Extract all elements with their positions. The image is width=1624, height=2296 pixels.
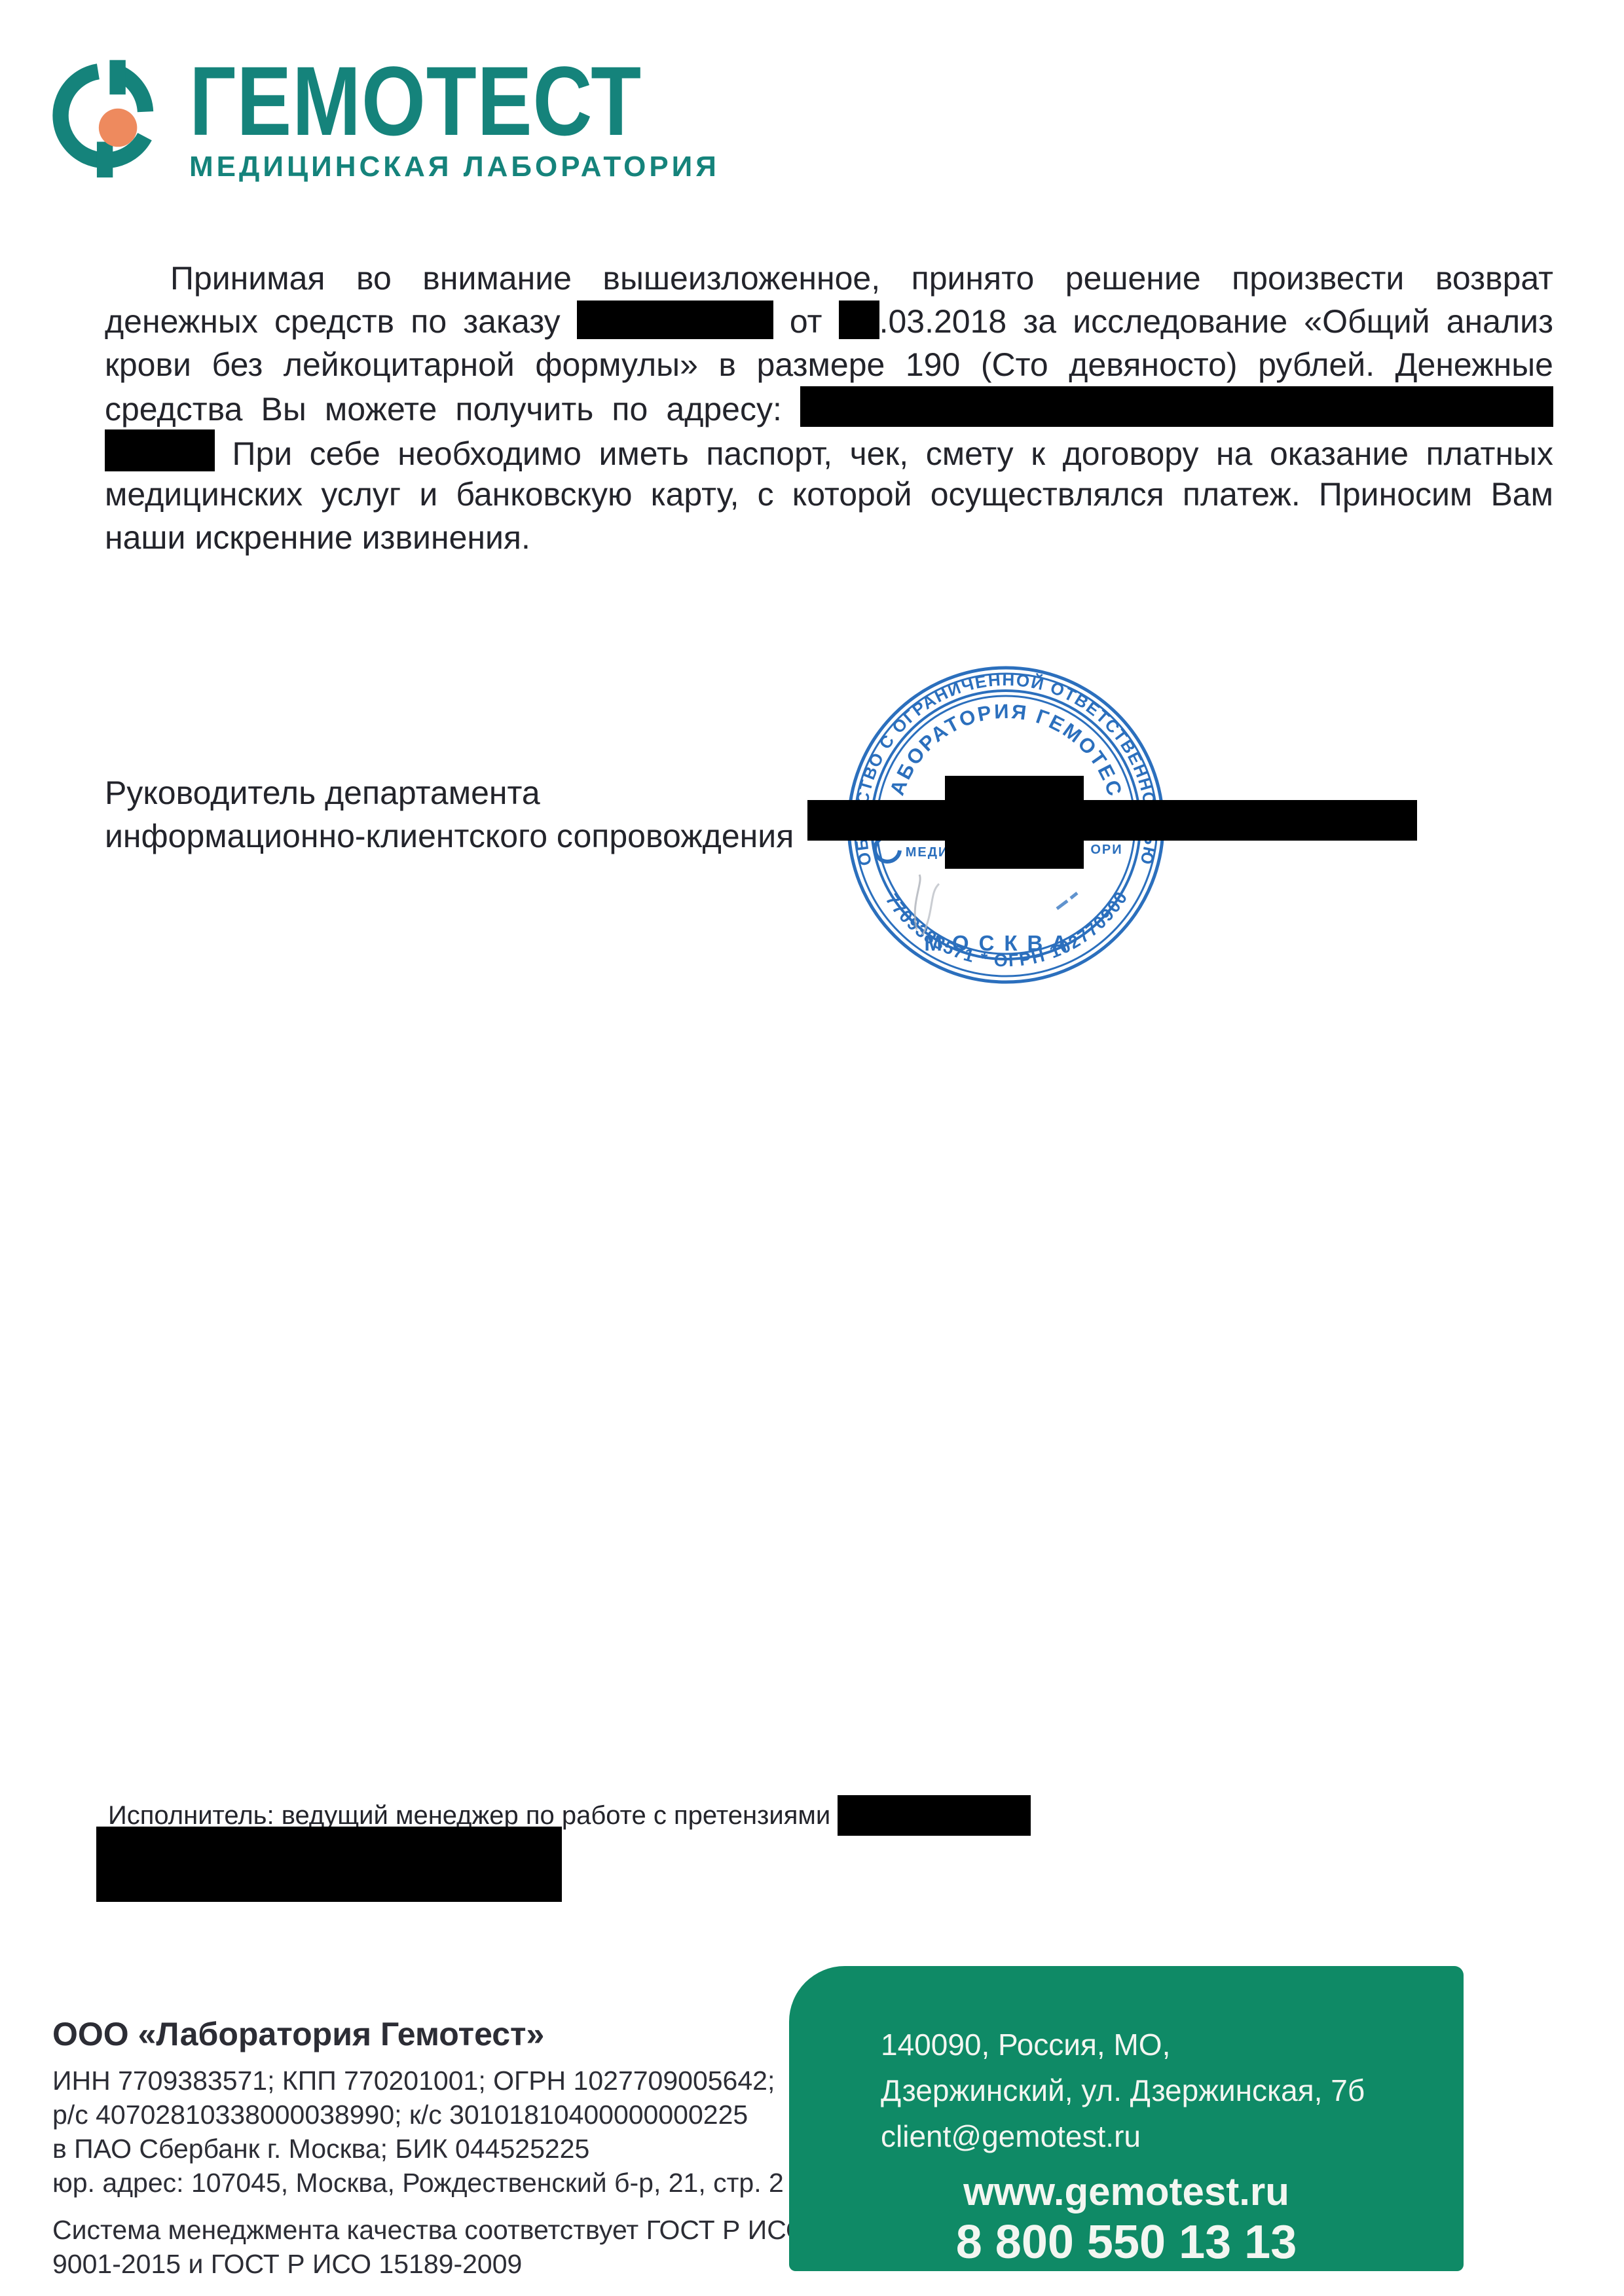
handwritten-signature-trace (915, 875, 1077, 935)
signature-block: Руководитель департамента информационно-… (105, 771, 794, 858)
body-paragraph: Принимая во внимание вышеизложенное, при… (105, 257, 1553, 559)
footer-quality-system: Система менеджмента качества соответству… (52, 2213, 807, 2281)
footer-quality-line: 9001-2015 и ГОСТ Р ИСО 15189-2009 (52, 2247, 807, 2281)
redaction-box (807, 800, 1417, 841)
paragraph-line: медицинских услуг и банковскую карту, с … (105, 473, 1553, 516)
footer-detail-line: р/с 40702810338000038990; к/с 3010181040… (52, 2098, 807, 2132)
inline-redaction (839, 301, 879, 339)
footer-company-title: ООО «Лаборатория Гемотест» (52, 2015, 807, 2053)
stamp-city-text: МОСКВА (924, 931, 1077, 955)
gemotest-logo: ГЕМОТЕСТ МЕДИЦИНСКАЯ ЛАБОРАТОРИЯ (41, 52, 728, 183)
logo-text: ГЕМОТЕСТ МЕДИЦИНСКАЯ ЛАБОРАТОРИЯ (189, 52, 728, 183)
logo-wordmark: ГЕМОТЕСТ (189, 62, 642, 140)
contact-address-line: 140090, Россия, МО, (881, 2022, 1437, 2068)
redaction-box (945, 776, 1084, 869)
paragraph-line: средства Вы можете получить по адресу: (105, 386, 1553, 429)
footer-quality-line: Система менеджмента качества соответству… (52, 2213, 807, 2247)
contact-address-line: Дзержинский, ул. Дзержинская, 7б (881, 2068, 1437, 2113)
paragraph-line: При себе необходимо иметь паспорт, чек, … (105, 429, 1553, 473)
signature-title-line2: информационно-клиентского сопровождения (105, 814, 794, 858)
paragraph-line: крови без лейкоцитарной формулы» в разме… (105, 343, 1553, 386)
paragraph-line: денежных средств по заказу от .03.2018 з… (105, 300, 1553, 343)
footer-detail-line: в ПАО Сбербанк г. Москва; БИК 044525225 (52, 2132, 807, 2166)
signature-title-line1: Руководитель департамента (105, 771, 794, 814)
inline-redaction (577, 301, 773, 339)
phone-number: 8 800 550 13 13 (789, 2217, 1464, 2268)
contact-address-block: 140090, Россия, МО,Дзержинский, ул. Дзер… (789, 1966, 1464, 2159)
document-page: ГЕМОТЕСТ МЕДИЦИНСКАЯ ЛАБОРАТОРИЯ Принима… (0, 0, 1624, 2296)
footer-detail-line: юр. адрес: 107045, Москва, Рождественски… (52, 2166, 807, 2200)
footer-company-info: ООО «Лаборатория Гемотест» ИНН 770938357… (52, 2015, 807, 2281)
gemotest-logo-icon (41, 52, 175, 180)
logo-orange-dot-icon (99, 109, 138, 147)
stamp-center-left-fragment: МЕДИ (906, 845, 950, 860)
contact-address-line: client@gemotest.ru (881, 2113, 1437, 2159)
website-text: www.gemotest.ru (789, 2171, 1464, 2213)
inline-redaction (105, 429, 215, 471)
footer-company-details: ИНН 7709383571; КПП 770201001; ОГРН 1027… (52, 2064, 807, 2200)
footer-contact-card: 140090, Россия, МО,Дзержинский, ул. Дзер… (789, 1966, 1464, 2271)
stamp-center-right-fragment: ОРИ (1090, 843, 1122, 857)
paragraph-line: наши искренние извинения. (105, 516, 1553, 559)
inline-redaction (800, 386, 1553, 427)
paragraph-line: Принимая во внимание вышеизложенное, при… (105, 257, 1553, 300)
redaction-box (96, 1827, 562, 1902)
footer-detail-line: ИНН 7709383571; КПП 770201001; ОГРН 1027… (52, 2064, 807, 2098)
inline-redaction (838, 1795, 1031, 1836)
